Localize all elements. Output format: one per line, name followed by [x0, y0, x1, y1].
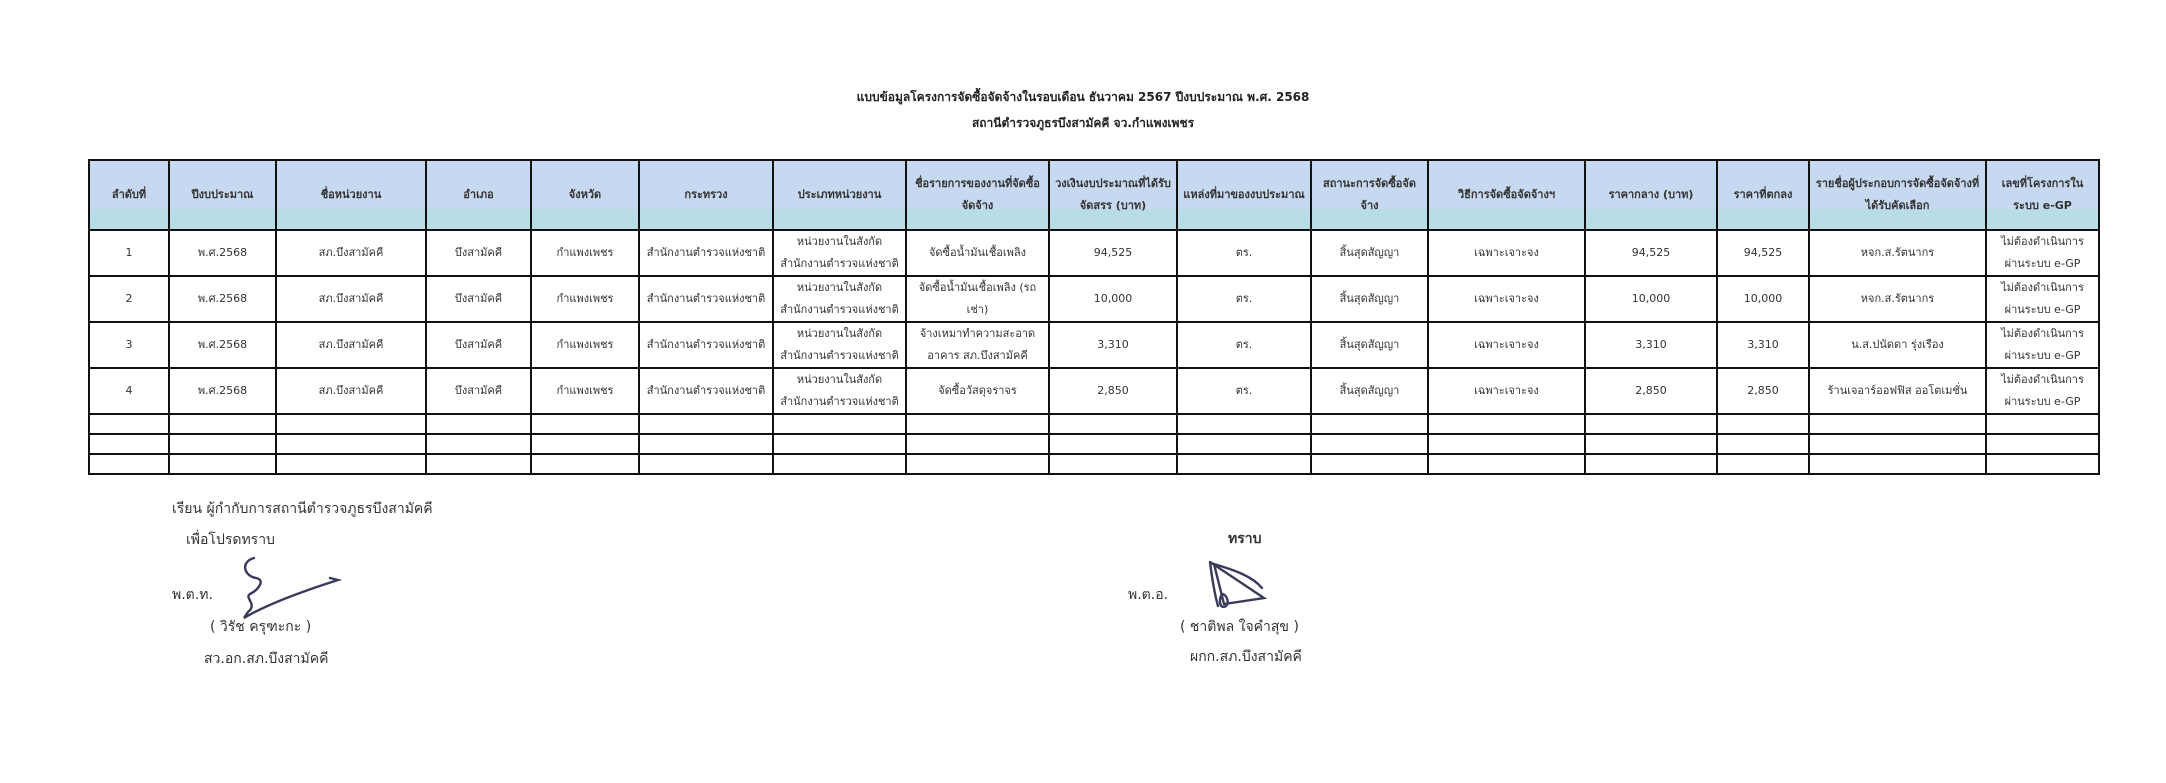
table-cell: [169, 414, 276, 434]
table-cell: 3,310: [1717, 322, 1809, 368]
column-header: จังหวัด: [531, 160, 639, 230]
table-cell: [1585, 434, 1717, 454]
column-header: กระทรวง: [639, 160, 773, 230]
table-cell: หน่วยงานในสังกัด สำนักงานตำรวจแห่งชาติ: [773, 368, 906, 414]
table-cell: [531, 434, 639, 454]
column-header: สถานะการจัดซื้อจัดจ้าง: [1311, 160, 1428, 230]
column-header: ราคาที่ตกลง: [1717, 160, 1809, 230]
signer-name: ( วิรัช ครุฑะกะ ): [210, 616, 311, 638]
table-cell: [426, 414, 531, 434]
empty-table-row: [89, 434, 2099, 454]
table-cell: [89, 434, 169, 454]
table-row: 3พ.ศ.2568สภ.บึงสามัคคีบึงสามัคคีกำแพงเพช…: [89, 322, 2099, 368]
document-subtitle: สถานีตำรวจภูธรบึงสามัคคี จว.กำแพงเพชร: [0, 114, 2166, 133]
table-cell: [1809, 414, 1986, 434]
table-row: 2พ.ศ.2568สภ.บึงสามัคคีบึงสามัคคีกำแพงเพช…: [89, 276, 2099, 322]
table-cell: [1717, 454, 1809, 474]
table-cell: ไม่ต้องดำเนินการ ผ่านระบบ e-GP: [1986, 276, 2099, 322]
table-cell: เฉพาะเจาะจง: [1428, 368, 1585, 414]
table-cell: 1: [89, 230, 169, 276]
table-cell: ตร.: [1177, 230, 1311, 276]
table-header-row: ลำดับที่ปีงบประมาณชื่อหน่วยงานอำเภอจังหว…: [89, 160, 2099, 230]
table-row: 4พ.ศ.2568สภ.บึงสามัคคีบึงสามัคคีกำแพงเพช…: [89, 368, 2099, 414]
table-cell: บึงสามัคคี: [426, 322, 531, 368]
table-cell: กำแพงเพชร: [531, 276, 639, 322]
table-cell: [1986, 434, 2099, 454]
table-cell: 2,850: [1717, 368, 1809, 414]
column-header: ชื่อหน่วยงาน: [276, 160, 426, 230]
table-cell: [1311, 454, 1428, 474]
empty-table-row: [89, 454, 2099, 474]
table-row: 1พ.ศ.2568สภ.บึงสามัคคีบึงสามัคคีกำแพงเพช…: [89, 230, 2099, 276]
table-cell: ไม่ต้องดำเนินการ ผ่านระบบ e-GP: [1986, 368, 2099, 414]
table-cell: [1986, 414, 2099, 434]
column-header: รายชื่อผู้ประกอบการจัดซื้อจัดจ้างที่ได้ร…: [1809, 160, 1986, 230]
table-cell: [169, 454, 276, 474]
table-cell: [773, 414, 906, 434]
column-header: แหล่งที่มาของงบประมาณ: [1177, 160, 1311, 230]
salutation: เรียน ผู้กำกับการสถานีตำรวจภูธรบึงสามัคค…: [172, 498, 433, 520]
table-cell: [1428, 414, 1585, 434]
table-cell: [1428, 454, 1585, 474]
table-cell: ไม่ต้องดำเนินการ ผ่านระบบ e-GP: [1986, 322, 2099, 368]
table-cell: สำนักงานตำรวจแห่งชาติ: [639, 322, 773, 368]
table-cell: [1809, 434, 1986, 454]
table-cell: [1311, 434, 1428, 454]
table-cell: เฉพาะเจาะจง: [1428, 230, 1585, 276]
table-cell: กำแพงเพชร: [531, 322, 639, 368]
table-cell: 94,525: [1585, 230, 1717, 276]
table-cell: [1717, 434, 1809, 454]
table-cell: สภ.บึงสามัคคี: [276, 230, 426, 276]
table-cell: สิ้นสุดสัญญา: [1311, 322, 1428, 368]
table-cell: พ.ศ.2568: [169, 230, 276, 276]
table-body: 1พ.ศ.2568สภ.บึงสามัคคีบึงสามัคคีกำแพงเพช…: [89, 230, 2099, 474]
table-cell: [531, 454, 639, 474]
table-cell: พ.ศ.2568: [169, 368, 276, 414]
table-cell: [1177, 434, 1311, 454]
table-cell: [426, 434, 531, 454]
table-cell: [1428, 434, 1585, 454]
table-cell: 2,850: [1049, 368, 1177, 414]
table-cell: [1049, 434, 1177, 454]
table-cell: ตร.: [1177, 276, 1311, 322]
table-cell: กำแพงเพชร: [531, 368, 639, 414]
table-cell: [276, 414, 426, 434]
table-cell: [1311, 414, 1428, 434]
table-cell: [1809, 454, 1986, 474]
table-cell: สิ้นสุดสัญญา: [1311, 276, 1428, 322]
table-cell: 3: [89, 322, 169, 368]
table-cell: [89, 454, 169, 474]
table-cell: [276, 454, 426, 474]
table-cell: จัดซื้อน้ำมันเชื้อเพลิง (รถเช่า): [906, 276, 1049, 322]
table-cell: [1049, 454, 1177, 474]
table-cell: หน่วยงานในสังกัด สำนักงานตำรวจแห่งชาติ: [773, 322, 906, 368]
table-cell: 3,310: [1585, 322, 1717, 368]
table-cell: น.ส.ปนัดดา รุ่งเรือง: [1809, 322, 1986, 368]
procurement-table: ลำดับที่ปีงบประมาณชื่อหน่วยงานอำเภอจังหว…: [88, 159, 2100, 475]
table-cell: [639, 434, 773, 454]
table-cell: บึงสามัคคี: [426, 368, 531, 414]
column-header: ราคากลาง (บาท): [1585, 160, 1717, 230]
table-cell: [1177, 454, 1311, 474]
table-cell: 10,000: [1717, 276, 1809, 322]
table-cell: กำแพงเพชร: [531, 230, 639, 276]
table-cell: ไม่ต้องดำเนินการ ผ่านระบบ e-GP: [1986, 230, 2099, 276]
table-cell: [1177, 414, 1311, 434]
table-cell: [89, 414, 169, 434]
table-cell: [639, 454, 773, 474]
table-cell: 94,525: [1717, 230, 1809, 276]
document-title: แบบข้อมูลโครงการจัดซื้อจัดจ้างในรอบเดือน…: [0, 88, 2166, 107]
signer-position: สว.อก.สภ.บึงสามัคคี: [204, 648, 329, 670]
table-cell: [169, 434, 276, 454]
column-header: ชื่อรายการของงานที่จัดซื้อจัดจ้าง: [906, 160, 1049, 230]
table-cell: ตร.: [1177, 322, 1311, 368]
table-cell: [773, 454, 906, 474]
table-cell: เฉพาะเจาะจง: [1428, 322, 1585, 368]
table-cell: [426, 454, 531, 474]
table-cell: สิ้นสุดสัญญา: [1311, 368, 1428, 414]
table-cell: สภ.บึงสามัคคี: [276, 276, 426, 322]
table-cell: สำนักงานตำรวจแห่งชาติ: [639, 276, 773, 322]
table-cell: หจก.ส.รัตนากร: [1809, 230, 1986, 276]
signer-rank: พ.ต.อ.: [1128, 584, 1168, 606]
table-cell: 2,850: [1585, 368, 1717, 414]
table-cell: สิ้นสุดสัญญา: [1311, 230, 1428, 276]
purpose-text: เพื่อโปรดทราบ: [186, 529, 275, 551]
column-header: ปีงบประมาณ: [169, 160, 276, 230]
column-header: ลำดับที่: [89, 160, 169, 230]
table-cell: หจก.ส.รัตนากร: [1809, 276, 1986, 322]
column-header: ประเภทหน่วยงาน: [773, 160, 906, 230]
table-cell: 3,310: [1049, 322, 1177, 368]
table-cell: [906, 414, 1049, 434]
table-cell: [773, 434, 906, 454]
column-header: วงเงินงบประมาณที่ได้รับจัดสรร (บาท): [1049, 160, 1177, 230]
table-cell: บึงสามัคคี: [426, 276, 531, 322]
table-cell: [276, 434, 426, 454]
acknowledged-text: ทราบ: [1228, 528, 1262, 550]
signature-image: [1204, 558, 1284, 616]
table-cell: 94,525: [1049, 230, 1177, 276]
table-cell: [531, 414, 639, 434]
table-cell: จัดซื้อวัสดุจราจร: [906, 368, 1049, 414]
table-cell: [1986, 454, 2099, 474]
table-cell: 10,000: [1049, 276, 1177, 322]
table-cell: 4: [89, 368, 169, 414]
column-header: วิธีการจัดซื้อจัดจ้างฯ: [1428, 160, 1585, 230]
table-cell: [906, 434, 1049, 454]
empty-table-row: [89, 414, 2099, 434]
table-cell: [639, 414, 773, 434]
table-cell: เฉพาะเจาะจง: [1428, 276, 1585, 322]
table-cell: [1717, 414, 1809, 434]
table-cell: 2: [89, 276, 169, 322]
table-cell: สำนักงานตำรวจแห่งชาติ: [639, 368, 773, 414]
table-cell: [1585, 454, 1717, 474]
table-cell: สำนักงานตำรวจแห่งชาติ: [639, 230, 773, 276]
table-cell: [1585, 414, 1717, 434]
table-cell: ร้านเจอาร์ออฟฟิส ออโตเมชั่น: [1809, 368, 1986, 414]
table-cell: พ.ศ.2568: [169, 276, 276, 322]
signer-position: ผกก.สภ.บึงสามัคคี: [1190, 646, 1302, 668]
table-cell: จ้างเหมาทำความสะอาด อาคาร สภ.บึงสามัคคี: [906, 322, 1049, 368]
table-cell: สภ.บึงสามัคคี: [276, 322, 426, 368]
table-cell: 10,000: [1585, 276, 1717, 322]
table-cell: [906, 454, 1049, 474]
column-header: เลขที่โครงการในระบบ e-GP: [1986, 160, 2099, 230]
column-header: อำเภอ: [426, 160, 531, 230]
table-cell: ตร.: [1177, 368, 1311, 414]
table-cell: บึงสามัคคี: [426, 230, 531, 276]
table-cell: สภ.บึงสามัคคี: [276, 368, 426, 414]
table-cell: จัดซื้อน้ำมันเชื้อเพลิง: [906, 230, 1049, 276]
table-cell: หน่วยงานในสังกัด สำนักงานตำรวจแห่งชาติ: [773, 230, 906, 276]
table-cell: พ.ศ.2568: [169, 322, 276, 368]
signer-rank: พ.ต.ท.: [172, 584, 213, 606]
table-cell: หน่วยงานในสังกัด สำนักงานตำรวจแห่งชาติ: [773, 276, 906, 322]
table-cell: [1049, 414, 1177, 434]
signer-name: ( ชาติพล ใจคำสุข ): [1180, 616, 1299, 638]
